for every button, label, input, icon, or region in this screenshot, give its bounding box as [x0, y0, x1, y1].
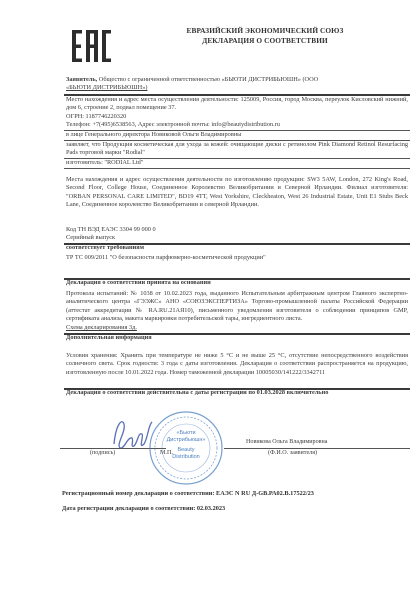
- applicant-represented-by: в лице Генерального директора Новиковой …: [66, 131, 408, 139]
- basis-label: Декларация о соответствии принята на осн…: [66, 279, 408, 287]
- applicant-label: Заявитель,: [66, 76, 97, 83]
- basis-scheme: Схема декларирования 3д.: [66, 324, 408, 332]
- stamp-line: Дистрибьюшн»: [148, 437, 224, 444]
- stamp-text: «Бьюти Дистрибьюшн» Beauty Distribution: [148, 430, 224, 460]
- document-title: ЕВРАЗИЙСКИЙ ЭКОНОМИЧЕСКИЙ СОЮЗ ДЕКЛАРАЦИ…: [140, 26, 390, 46]
- additional-label: Дополнительная информация: [66, 334, 408, 342]
- applicant-block: Заявитель, Общество с ограниченной ответ…: [66, 76, 408, 93]
- divider: [64, 168, 410, 169]
- basis-text: Протокола испытаний: № 1038 от 10.02.202…: [66, 290, 408, 324]
- applicant-address: Место нахождения и адрес места осуществл…: [66, 96, 408, 113]
- signer-caption: (Ф.И.О. заявителя): [268, 450, 317, 456]
- signature-caption: (подпись): [90, 450, 115, 456]
- product-declaration: заявляет, что Продукция косметическая дл…: [66, 141, 408, 158]
- signer-name: Новикова Ольга Владимировна: [246, 439, 327, 445]
- stamp-line: Distribution: [148, 454, 224, 461]
- title-declaration: ДЕКЛАРАЦИЯ О СООТВЕТСТВИИ: [140, 36, 390, 46]
- eac-logo-icon: [72, 28, 112, 64]
- name-line: [224, 448, 410, 449]
- applicant-name: Общество с ограниченной ответственностью…: [97, 76, 318, 83]
- additional-text: Условия хранения: Хранить при температур…: [66, 352, 408, 377]
- validity-text: Декларация о соответствии действительна …: [66, 389, 408, 397]
- registration-date: Дата регистрации декларации о соответств…: [62, 505, 225, 512]
- product-release: Серийный выпуск: [66, 234, 408, 242]
- title-union: ЕВРАЗИЙСКИЙ ЭКОНОМИЧЕСКИЙ СОЮЗ: [140, 26, 390, 36]
- registration-number: Регистрационный номер декларации о соотв…: [62, 490, 314, 497]
- manufacturer-address: Места нахождения и адрес осуществления д…: [66, 176, 408, 210]
- requirements-regulation: ТР ТС 009/2011 "О безопасности парфюмерн…: [66, 254, 408, 262]
- applicant-name-cont: «БЬЮТИ ДИСТРИБЬЮШН»): [66, 84, 147, 91]
- requirements-label: соответствует требованиям: [66, 244, 408, 252]
- applicant-contacts: Телефон: +7(495)6538563, Адрес электронн…: [66, 121, 408, 129]
- company-stamp: «Бьюти Дистрибьюшн» Beauty Distribution: [148, 410, 224, 486]
- product-manufacturer: изготовитель: "RODIAL Ltd": [66, 159, 408, 167]
